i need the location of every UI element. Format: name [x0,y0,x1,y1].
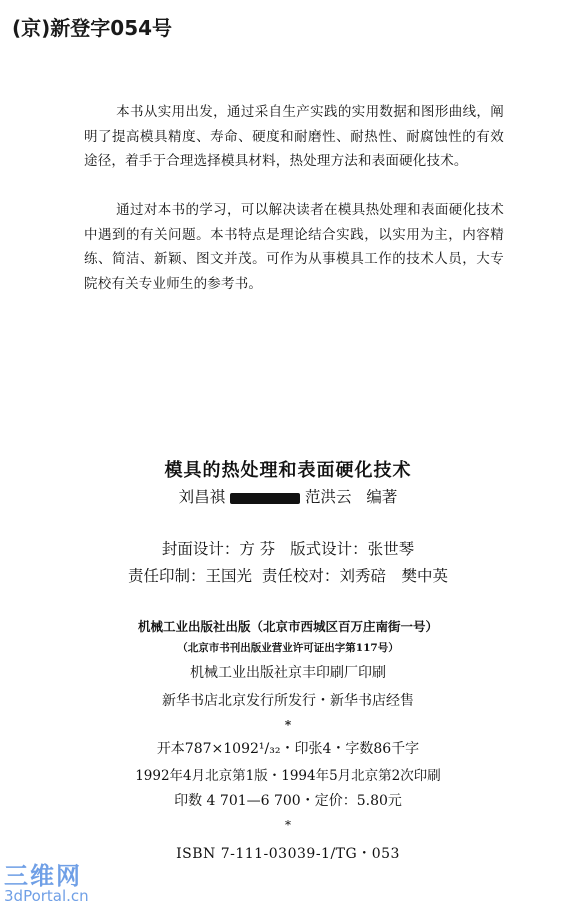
publisher-line: 机械工业出版社出版（北京市西城区百万庄南街一号） [0,617,576,635]
layout-designer: 张世琴 [368,540,415,558]
book-title: 模具的热处理和表面硬化技术 [0,456,576,482]
proofreaders: 刘秀碚 樊中英 [339,567,448,585]
cover-design-label: 封面设计： [162,540,240,558]
watermark-logo: 三维网 3dPortal.cn [4,864,89,902]
design-credits: 封面设计：方 芬 版式设计：张世琴 [0,537,576,559]
redaction-mark [230,493,300,504]
isbn: ISBN 7-111-03039-1/TG・053 [0,843,576,863]
author-3: 范洪云 [305,488,352,506]
watermark-chinese: 三维网 [4,864,89,888]
summary-text-2: 通过对本书的学习，可以解决读者在模具热处理和表面硬化技术中遇到的有关问题。本书特… [84,202,504,292]
summary-text-1: 本书从实用出发，通过采自生产实践的实用数据和图形曲线，阐明了提高模具精度、寿命、… [84,104,504,169]
copies-price-line: 印数 4 701—6 700・定价：5.80元 [0,790,576,810]
separator-star-2: * [0,818,576,832]
summary-paragraph-1: 本书从实用出发，通过采自生产实践的实用数据和图形曲线，阐明了提高模具精度、寿命、… [84,100,504,174]
proofreader-label: 责任校对： [262,567,340,585]
author-role: 编著 [366,488,397,506]
authors-line: 刘昌祺 范洪云 编著 [0,485,576,507]
distribution-line: 新华书店北京发行所发行・新华书店经售 [0,690,576,710]
separator-star: * [0,718,576,732]
production-credits: 责任印制：王国光 责任校对：刘秀碚 樊中英 [0,564,576,586]
format-spec-line: 开本787×1092¹/₃₂・印张4・字数86千字 [0,738,576,758]
license-line: （北京市书刊出版业营业许可证出字第117号） [0,640,576,655]
author-1: 刘昌祺 [179,488,226,506]
cover-designer: 方 芬 [239,540,275,558]
printer-line: 机械工业出版社京丰印刷厂印刷 [0,662,576,682]
printing-editor-label: 责任印制： [128,567,206,585]
layout-design-label: 版式设计： [290,540,368,558]
watermark-english: 3dPortal.cn [4,888,89,902]
edition-line: 1992年4月北京第1版・1994年5月北京第2次印刷 [0,764,576,784]
printing-editor: 王国光 [206,567,253,585]
summary-paragraph-2: 通过对本书的学习，可以解决读者在模具热处理和表面硬化技术中遇到的有关问题。本书特… [84,198,504,296]
registration-number: (京)新登字054号 [12,12,172,41]
